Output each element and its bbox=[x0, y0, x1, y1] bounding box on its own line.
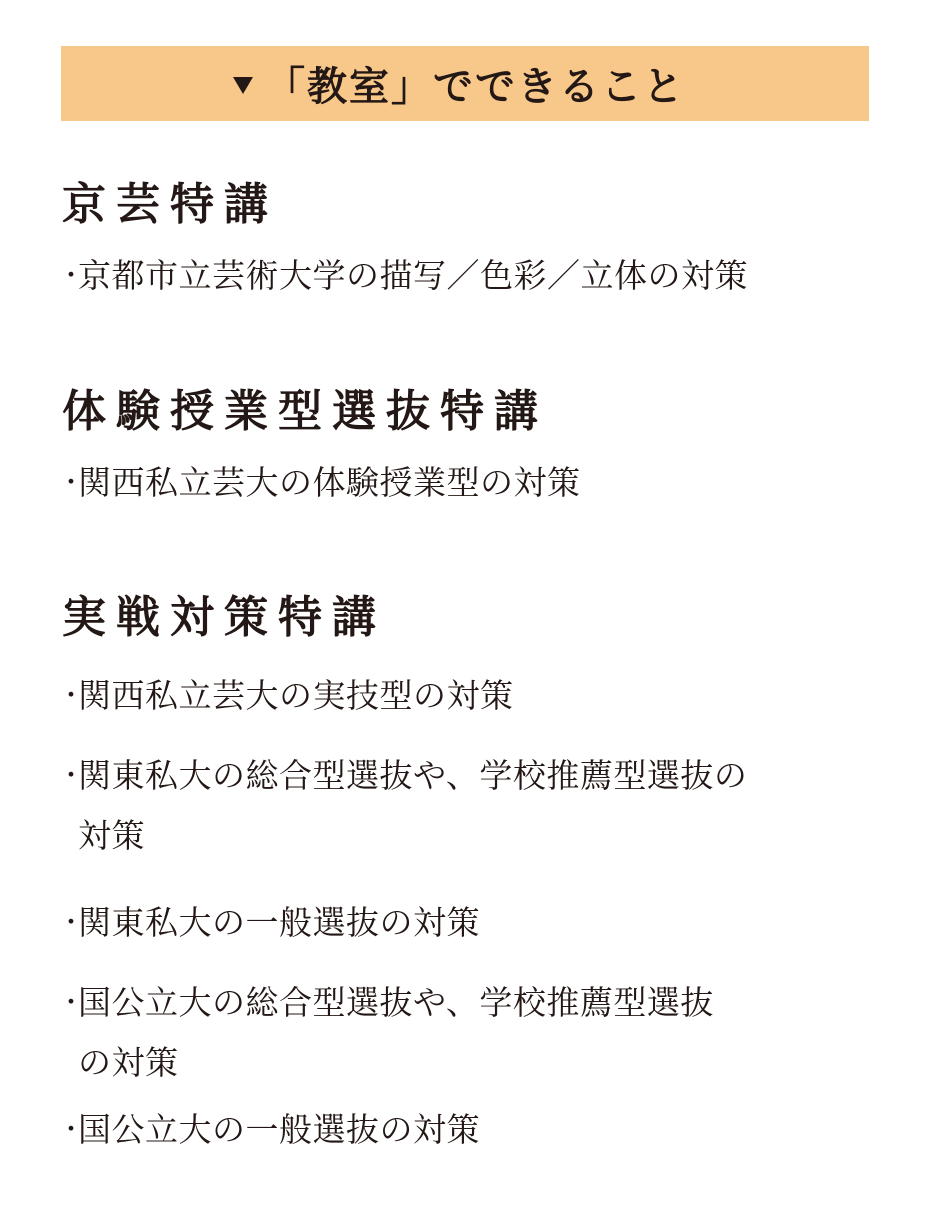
list-item-text: 関東私大の総合型選抜や、学校推薦型選抜の 対策 bbox=[78, 746, 747, 866]
bullet: ・ bbox=[58, 973, 78, 1093]
list-item: ・ 関西私立芸大の実技型の対策 bbox=[58, 666, 514, 726]
bullet: ・ bbox=[58, 746, 78, 866]
bullet: ・ bbox=[58, 666, 78, 726]
list-item: ・ 関東私大の総合型選抜や、学校推薦型選抜の 対策 bbox=[58, 746, 747, 866]
list-item: ・ 国公立大の総合型選抜や、学校推薦型選抜 の対策 bbox=[58, 973, 714, 1093]
section-title-jissen: 実戦対策特講 bbox=[62, 596, 386, 640]
section-title-kyogei: 京芸特講 bbox=[62, 183, 278, 227]
section-title-taiken: 体験授業型選抜特講 bbox=[62, 390, 548, 434]
banner-heading: 「教室」でできること bbox=[233, 55, 685, 112]
list-item-text: 関西私立芸大の体験授業型の対策 bbox=[78, 453, 581, 513]
list-item-text: 国公立大の総合型選抜や、学校推薦型選抜 の対策 bbox=[78, 973, 714, 1093]
banner-title: 「教室」でできること bbox=[265, 55, 685, 112]
list-item-text: 国公立大の一般選抜の対策 bbox=[78, 1100, 480, 1160]
triangle-down-icon bbox=[233, 77, 253, 94]
bullet: ・ bbox=[58, 893, 78, 953]
list-item-text: 京都市立芸術大学の描写／色彩／立体の対策 bbox=[78, 246, 748, 306]
list-item-text: 関西私立芸大の実技型の対策 bbox=[78, 666, 514, 726]
list-item-text: 関東私大の一般選抜の対策 bbox=[78, 893, 480, 953]
bullet: ・ bbox=[58, 1100, 78, 1160]
list-item: ・ 関西私立芸大の体験授業型の対策 bbox=[58, 453, 581, 513]
bullet: ・ bbox=[58, 246, 78, 306]
list-item: ・ 関東私大の一般選抜の対策 bbox=[58, 893, 480, 953]
bullet: ・ bbox=[58, 453, 78, 513]
section-banner: 「教室」でできること bbox=[61, 46, 869, 121]
list-item: ・ 京都市立芸術大学の描写／色彩／立体の対策 bbox=[58, 246, 748, 306]
list-item: ・ 国公立大の一般選抜の対策 bbox=[58, 1100, 480, 1160]
